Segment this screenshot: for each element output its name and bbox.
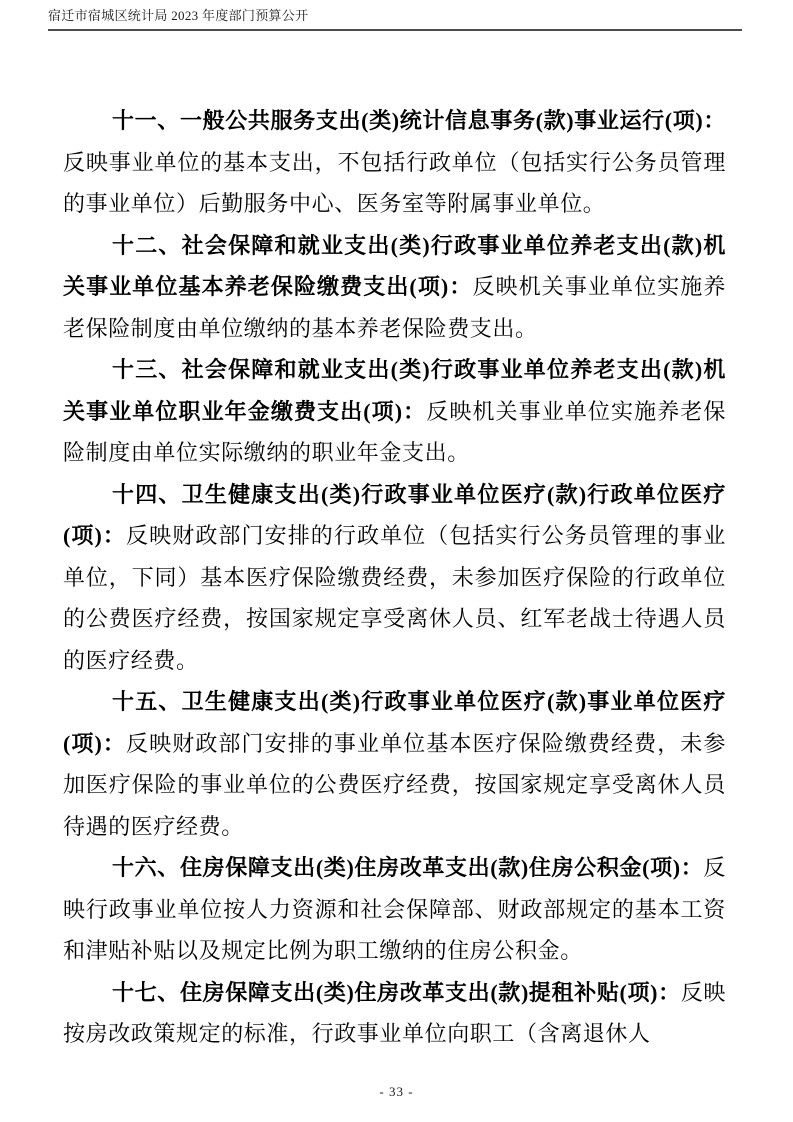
paragraph-heading: 十一、一般公共服务支出(类)统计信息事务(款)事业运行(项)： xyxy=(112,108,726,133)
page-footer: - 33 - xyxy=(0,1084,793,1100)
paragraph-text: 反映财政部门安排的行政单位（包括实行公务员管理的事业单位，下同）基本医疗保险缴费… xyxy=(63,523,726,673)
paragraph-item-14: 十四、卫生健康支出(类)行政事业单位医疗(款)行政单位医疗(项)：反映财政部门安… xyxy=(63,474,726,682)
paragraph-text: 反映事业单位的基本支出，不包括行政单位（包括实行公务员管理的事业单位）后勤服务中… xyxy=(63,150,726,217)
page-header: 宿迁市宿城区统计局 2023 年度部门预算公开 xyxy=(48,8,742,31)
paragraph-heading: 十六、住房保障支出(类)住房改革支出(款)住房公积金(项)： xyxy=(112,855,703,880)
header-title: 宿迁市宿城区统计局 2023 年度部门预算公开 xyxy=(48,8,308,23)
paragraph-text: 反映财政部门安排的事业单位基本医疗保险缴费经费，未参加医疗保险的事业单位的公费医… xyxy=(63,731,726,839)
paragraph-item-15: 十五、卫生健康支出(类)行政事业单位医疗(款)事业单位医疗(项)：反映财政部门安… xyxy=(63,681,726,847)
document-page: 宿迁市宿城区统计局 2023 年度部门预算公开 十一、一般公共服务支出(类)统计… xyxy=(0,0,793,1122)
paragraph-item-16: 十六、住房保障支出(类)住房改革支出(款)住房公积金(项)：反映行政事业单位按人… xyxy=(63,847,726,972)
paragraph-item-12: 十二、社会保障和就业支出(类)行政事业单位养老支出(款)机关事业单位基本养老保险… xyxy=(63,225,726,350)
document-body: 十一、一般公共服务支出(类)统计信息事务(款)事业运行(项)：反映事业单位的基本… xyxy=(63,100,726,1055)
page-number: - 33 - xyxy=(379,1084,413,1099)
paragraph-item-17: 十七、住房保障支出(类)住房改革支出(款)提租补贴(项)：反映按房改政策规定的标… xyxy=(63,972,726,1055)
paragraph-item-11: 十一、一般公共服务支出(类)统计信息事务(款)事业运行(项)：反映事业单位的基本… xyxy=(63,100,726,225)
paragraph-heading: 十七、住房保障支出(类)住房改革支出(款)提租补贴(项)： xyxy=(112,980,681,1005)
paragraph-item-13: 十三、社会保障和就业支出(类)行政事业单位养老支出(款)机关事业单位职业年金缴费… xyxy=(63,349,726,474)
